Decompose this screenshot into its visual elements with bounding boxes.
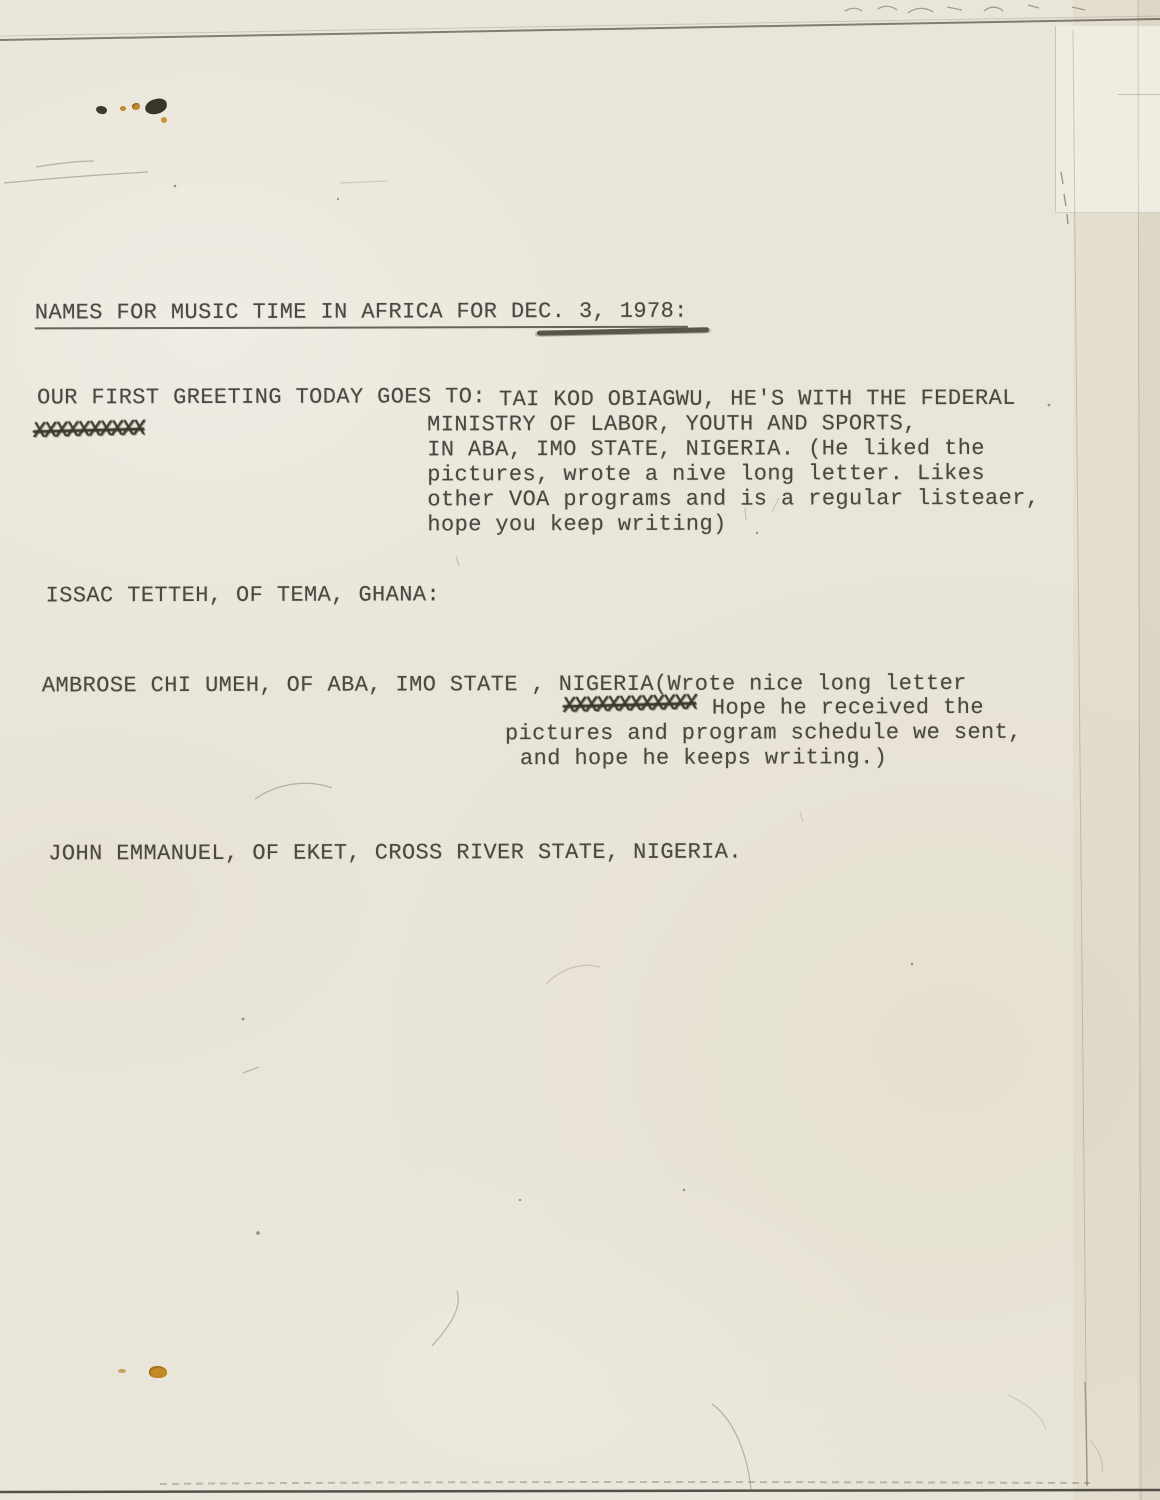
greeting3-line1: AMBROSE CHI UMEH, OF ABA, IMO STATE , NI… — [42, 671, 967, 698]
typed-strikeout-blob: XXXXXXXXXX — [32, 416, 145, 445]
scanned-document-page: NAMES FOR MUSIC TIME IN AFRICA FOR DEC. … — [0, 0, 1160, 1500]
typed-text-layer: NAMES FOR MUSIC TIME IN AFRICA FOR DEC. … — [0, 0, 1160, 1500]
greeting3-line3: pictures and program schedule we sent, — [505, 720, 1022, 746]
greeting1-name: TAI KOD OBIAGWU, HE'S WITH THE FEDERAL — [499, 386, 1016, 412]
greeting1-line3: IN ABA, IMO STATE, NIGERIA. (He liked th… — [427, 436, 985, 462]
title-line: NAMES FOR MUSIC TIME IN AFRICA FOR DEC. … — [35, 299, 688, 326]
greeting1-line6: hope you keep writing) — [427, 512, 726, 538]
document-title: NAMES FOR MUSIC TIME IN AFRICA FOR DEC. … — [35, 299, 688, 330]
typed-strikeout-blob-2: XXXXXXXXXXXX — [562, 691, 697, 721]
greeting3-line2: Hope he received the — [712, 695, 984, 721]
greeting2-line: ISSAC TETTEH, OF TEMA, GHANA: — [46, 582, 441, 608]
greeting1-lead: OUR FIRST GREETING TODAY GOES TO: — [37, 384, 486, 410]
hand-underline-mark — [537, 327, 709, 335]
greeting1-line1: OUR FIRST GREETING TODAY GOES TO:TAI KOD… — [37, 383, 1016, 411]
greeting3-line4: and hope he keeps writing.) — [520, 745, 887, 771]
greeting4-line: JOHN EMMANUEL, OF EKET, CROSS RIVER STAT… — [48, 840, 742, 867]
greeting1-line4: pictures, wrote a nive long letter. Like… — [427, 461, 985, 487]
greeting1-line2: MINISTRY OF LABOR, YOUTH AND SPORTS, — [427, 411, 917, 437]
greeting1-line5: other VOA programs and is a regular list… — [427, 486, 1039, 513]
